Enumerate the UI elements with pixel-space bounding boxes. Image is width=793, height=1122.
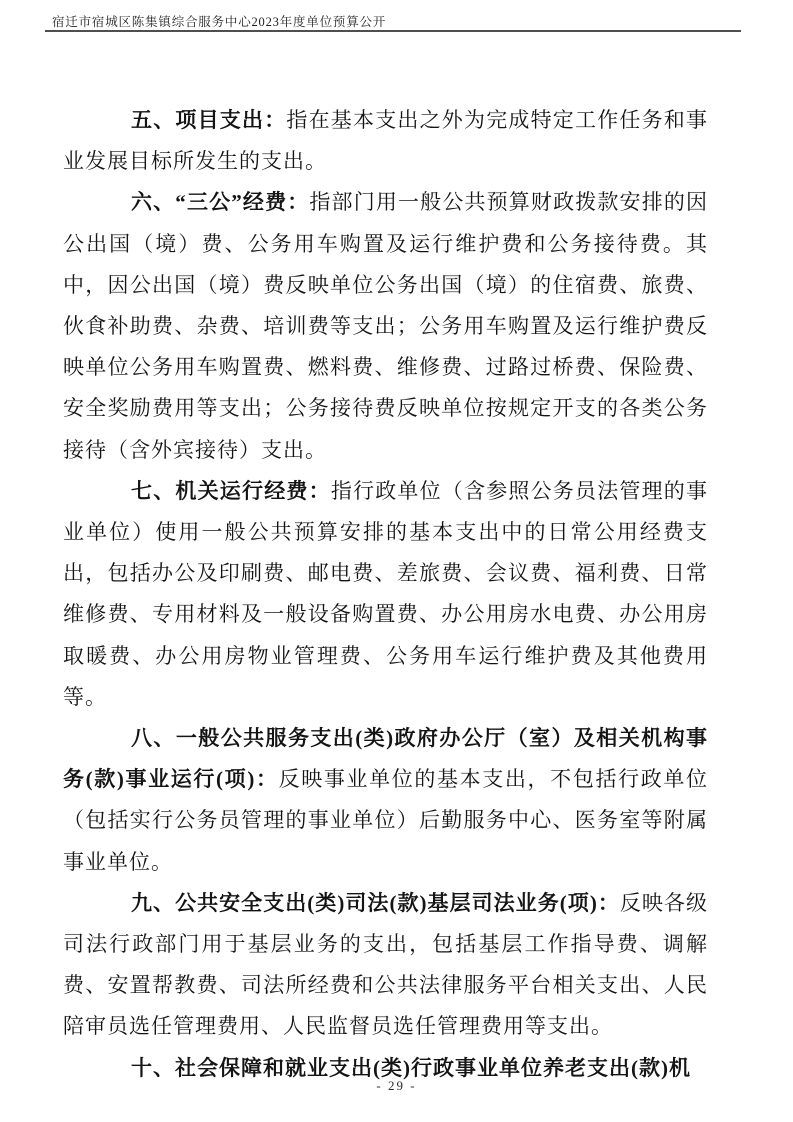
page-header-title: 宿迁市宿城区陈集镇综合服务中心2023年度单位预算公开 [52,12,386,30]
document-body: 五、项目支出：指在基本支出之外为完成特定工作任务和事业发展目标所发生的支出。 六… [63,100,708,1089]
paragraph-text: 指行政单位（含参照公务员法管理的事业单位）使用一般公共预算安排的基本支出中的日常… [63,479,708,709]
paragraph-public-security: 九、公共安全支出(类)司法(款)基层司法业务(项)：反映各级司法行政部门用于基层… [63,883,708,1048]
paragraph-lead: 七、机关运行经费： [131,479,331,503]
paragraph-lead: 六、“三公”经费： [131,190,309,214]
header-divider [45,30,741,32]
paragraph-project-expenditure: 五、项目支出：指在基本支出之外为完成特定工作任务和事业发展目标所发生的支出。 [63,100,708,182]
paragraph-general-public-services: 八、一般公共服务支出(类)政府办公厅（室）及相关机构事务(款)事业运行(项)：反… [63,718,708,883]
paragraph-lead: 五、项目支出： [131,108,286,132]
paragraph-lead: 十、社会保障和就业支出(类)行政事业单位养老支出(款)机 [131,1056,691,1080]
paragraph-agency-operating-costs: 七、机关运行经费：指行政单位（含参照公务员法管理的事业单位）使用一般公共预算安排… [63,471,708,718]
paragraph-three-public-funds: 六、“三公”经费：指部门用一般公共预算财政拨款安排的因公出国（境）费、公务用车购… [63,182,708,470]
paragraph-lead: 九、公共安全支出(类)司法(款)基层司法业务(项)： [131,891,620,915]
document-page: 宿迁市宿城区陈集镇综合服务中心2023年度单位预算公开 五、项目支出：指在基本支… [0,0,793,1122]
page-number: - 29 - [0,1078,793,1094]
paragraph-text: 指部门用一般公共预算财政拨款安排的因公出国（境）费、公务用车购置及运行维护费和公… [63,190,708,461]
